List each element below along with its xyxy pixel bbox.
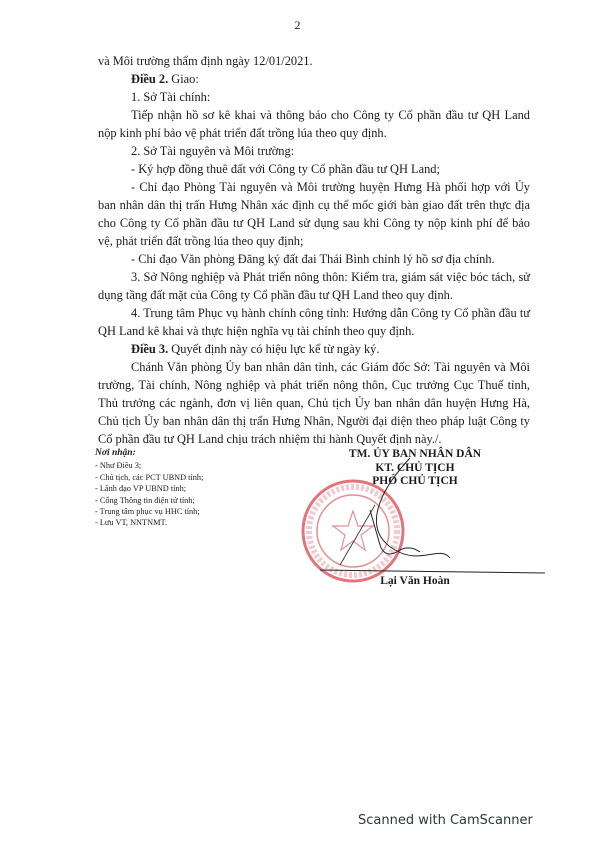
paragraph: 3. Sở Nông nghiệp và Phát triển nông thô…	[98, 268, 530, 304]
paragraph: Tiếp nhận hồ sơ kê khai và thông báo cho…	[98, 106, 530, 142]
paragraph: Điều 2. Giao:	[98, 70, 530, 88]
signature-block: TM. ỦY BAN NHÂN DÂN KT. CHỦ TỊCH PHÓ CHỦ…	[300, 448, 530, 489]
recipient-item: - Chủ tịch, các PCT UBND tỉnh;	[95, 472, 295, 483]
paragraph: 4. Trung tâm Phục vụ hành chính công tỉn…	[98, 304, 530, 340]
recipient-item: - Như Điều 3;	[95, 460, 295, 471]
scanner-watermark: Scanned with CamScanner	[358, 813, 533, 828]
signature-line-2: KT. CHỦ TỊCH	[300, 462, 530, 476]
paragraph: - Chỉ đạo Văn phòng Đăng ký đất đai Thái…	[98, 250, 530, 268]
signer-name: Lại Văn Hoàn	[300, 575, 530, 587]
paragraph: Chánh Văn phòng Ủy ban nhân dân tỉnh, cá…	[98, 358, 530, 448]
paragraph: - Ký hợp đồng thuê đất với Công ty Cổ ph…	[98, 160, 530, 178]
paragraph: 2. Sở Tài nguyên và Môi trường:	[98, 142, 530, 160]
paragraph: 1. Sở Tài chính:	[98, 88, 530, 106]
paragraph: và Môi trường thẩm định ngày 12/01/2021.	[98, 52, 530, 70]
paragraph: Điều 3. Quyết định này có hiệu lực kể từ…	[98, 340, 530, 358]
article-heading: Điều 3.	[131, 342, 168, 356]
recipient-item: - Lưu VT, NNTNMT.	[95, 517, 295, 528]
signature-line-1: TM. ỦY BAN NHÂN DÂN	[300, 448, 530, 462]
recipients-title: Nơi nhận:	[95, 448, 295, 459]
recipient-item: - Trung tâm phục vụ HHC tỉnh;	[95, 506, 295, 517]
recipient-item: - Lãnh đạo VP UBND tỉnh;	[95, 483, 295, 494]
page-number: 2	[0, 18, 595, 33]
article-heading: Điều 2.	[131, 72, 168, 86]
decision-body: và Môi trường thẩm định ngày 12/01/2021.…	[98, 52, 530, 448]
signature-line-3: PHÓ CHỦ TỊCH	[300, 475, 530, 489]
paragraph: - Chỉ đạo Phòng Tài nguyên và Môi trường…	[98, 178, 530, 250]
recipient-item: - Cổng Thông tin điện tử tỉnh;	[95, 495, 295, 506]
recipients-list: Nơi nhận: - Như Điều 3; - Chủ tịch, các …	[95, 448, 295, 529]
